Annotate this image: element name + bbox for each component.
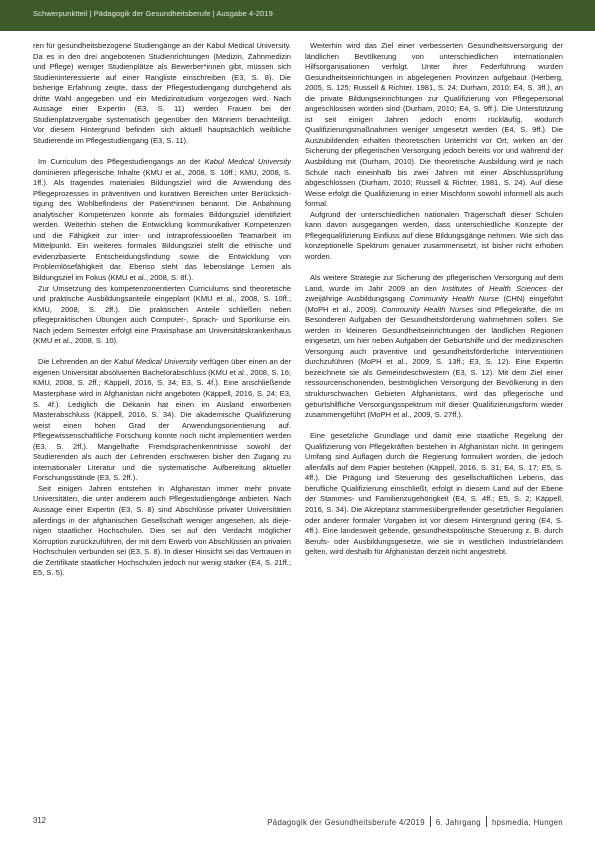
text-run: Seit einigen Jahren entstehen in Afghani… <box>33 484 291 577</box>
page-footer: 312 Pädagogik der Gesundheitsberufe 4/20… <box>33 816 563 828</box>
text-run: verfügen über einen an der eigenen Unive… <box>33 357 291 482</box>
italic-term: Kabul Medi­cal University <box>205 157 291 166</box>
italic-term: Community Health Nurse <box>409 294 498 303</box>
text-run: Eine gesetzliche Grundlage und damit ein… <box>305 431 563 556</box>
body-paragraph: Eine gesetzliche Grundlage und damit ein… <box>305 431 563 558</box>
body-paragraph: Seit einigen Jahren entstehen in Afghani… <box>33 484 291 579</box>
footer-citation: Pädagogik der Gesundheitsberufe 4/20196.… <box>267 816 563 827</box>
footer-volume: 6. Jahrgang <box>436 818 481 827</box>
body-paragraph: Die Lehrenden an der Kabul Medical Unive… <box>33 357 291 484</box>
text-run: dominieren pflegerische Inhalte (KMU et … <box>33 168 291 282</box>
right-text-column: Weiterhin wird das Ziel einer verbessert… <box>305 41 563 558</box>
body-paragraph: ren für gesundheitsbezogene Studiengänge… <box>33 41 291 146</box>
left-text-column: ren für gesundheitsbezogene Studiengänge… <box>33 41 291 579</box>
body-paragraph: Weiterhin wird das Ziel einer verbessert… <box>305 41 563 210</box>
text-run: Im Curriculum des Pflegestudiengangs an … <box>38 157 205 166</box>
text-run: ren für gesundheitsbezogene Studiengänge… <box>33 41 291 145</box>
running-header-bar: Schwerpunktteil | Pädagogik der Gesundhe… <box>0 0 595 31</box>
italic-term: Community Health Nurses <box>382 305 474 314</box>
footer-separator <box>486 816 487 827</box>
footer-separator <box>430 816 431 827</box>
footer-journal: Pädagogik der Gesundheitsberufe 4/2019 <box>267 818 425 827</box>
running-header-title: Schwerpunktteil | Pädagogik der Gesundhe… <box>33 9 273 18</box>
text-run: sind Pflegekräfte, die im Besonderen Auf… <box>305 305 563 419</box>
body-paragraph: Als weitere Strategie zur Sicherung der … <box>305 273 563 421</box>
body-paragraph: Aufgrund der unterschiedlichen nationale… <box>305 210 563 263</box>
text-run: Aufgrund der unterschiedlichen nationale… <box>305 210 563 261</box>
footer-publisher: hpsmedia, Hungen <box>492 818 563 827</box>
italic-term: Kabul Medical University <box>114 357 197 366</box>
italic-term: In­stitutes of Health Sciences <box>442 284 547 293</box>
text-run: Die Lehrenden an der <box>38 357 114 366</box>
body-paragraph: Im Curriculum des Pflegestudiengangs an … <box>33 157 291 284</box>
page-number: 312 <box>33 816 46 825</box>
text-run: Zur Umsetzung des kompetenzorientierten … <box>33 284 291 346</box>
text-run: Weiterhin wird das Ziel einer verbessert… <box>305 41 563 208</box>
body-paragraph: Zur Umsetzung des kompetenzorientierten … <box>33 284 291 347</box>
